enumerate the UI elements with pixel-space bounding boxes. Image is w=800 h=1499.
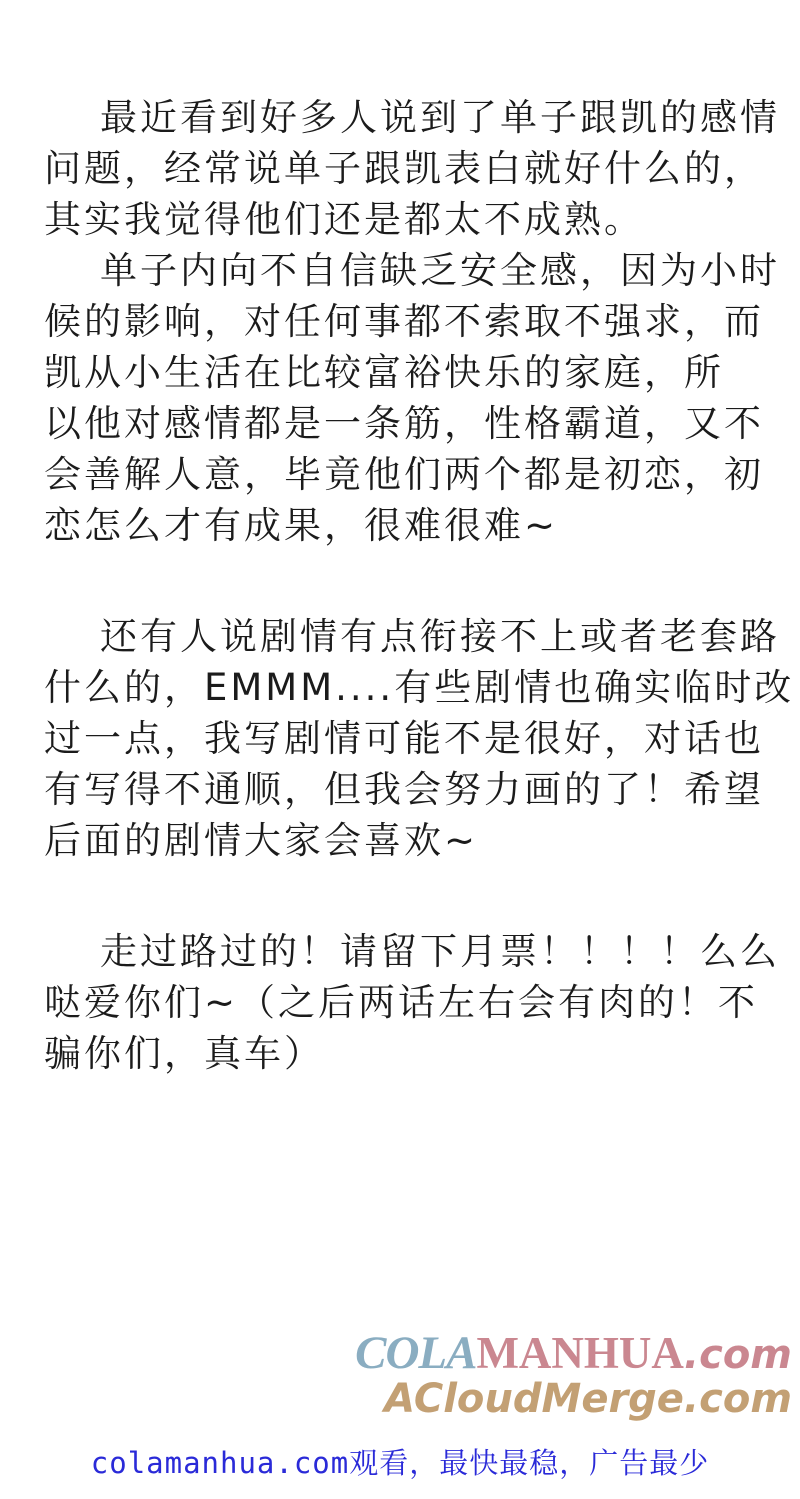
note-line: 走过路过的！请留下月票！！！！么么 (44, 926, 760, 977)
note-line: 恋怎么才有成果，很难很难~ (44, 500, 760, 551)
site-watermark: COLAMANHUA.com ACloudMerge.com (355, 1330, 792, 1419)
note-line: 候的影响，对任何事都不索取不强求，而 (44, 296, 760, 347)
note-line: 哒爱你们~（之后两话左右会有肉的！不 (44, 977, 760, 1028)
comic-afterword-page: 最近看到好多人说到了单子跟凯的感情 问题，经常说单子跟凯表白就好什么的， 其实我… (0, 0, 800, 1499)
watermark-manhua-text: MANHUA (476, 1328, 683, 1378)
note-line: 问题，经常说单子跟凯表白就好什么的， (44, 143, 760, 194)
note-line: 过一点，我写剧情可能不是很好，对话也 (44, 713, 760, 764)
note-line: 其实我觉得他们还是都太不成熟。 (44, 194, 760, 245)
note-line: 有写得不通顺，但我会努力画的了！希望 (44, 764, 760, 815)
note-paragraph-4: 走过路过的！请留下月票！！！！么么 哒爱你们~（之后两话左右会有肉的！不 骗你们… (44, 926, 760, 1079)
watermark-acloudmerge: ACloudMerge.com (355, 1379, 792, 1419)
note-line: 以他对感情都是一条筋，性格霸道，又不 (44, 398, 760, 449)
note-line: 最近看到好多人说到了单子跟凯的感情 (44, 92, 760, 143)
watermark-colamanhua: COLAMANHUA.com (355, 1330, 792, 1377)
note-paragraph-1: 最近看到好多人说到了单子跟凯的感情 问题，经常说单子跟凯表白就好什么的， 其实我… (44, 92, 760, 245)
watermark-cola-text: COLA (355, 1327, 476, 1379)
note-paragraph-2: 单子内向不自信缺乏安全感，因为小时 候的影响，对任何事都不索取不强求，而 凯从小… (44, 245, 760, 551)
note-line: 什么的，EMMM....有些剧情也确实临时改 (44, 662, 760, 713)
note-line: 会善解人意，毕竟他们两个都是初恋，初 (44, 449, 760, 500)
watermark-com-text: .com (684, 1332, 792, 1378)
note-line: 骗你们，真车） (44, 1028, 760, 1079)
note-line: 单子内向不自信缺乏安全感，因为小时 (44, 245, 760, 296)
author-note: 最近看到好多人说到了单子跟凯的感情 问题，经常说单子跟凯表白就好什么的， 其实我… (44, 92, 760, 1079)
note-line: 凯从小生活在比较富裕快乐的家庭，所 (44, 347, 760, 398)
note-paragraph-3: 还有人说剧情有点衔接不上或者老套路 什么的，EMMM....有些剧情也确实临时改… (44, 611, 760, 866)
note-line: 后面的剧情大家会喜欢~ (44, 815, 760, 866)
site-promo-text: colamanhua.com观看，最快最稳，广告最少 (0, 1441, 800, 1482)
note-line: 还有人说剧情有点衔接不上或者老套路 (44, 611, 760, 662)
